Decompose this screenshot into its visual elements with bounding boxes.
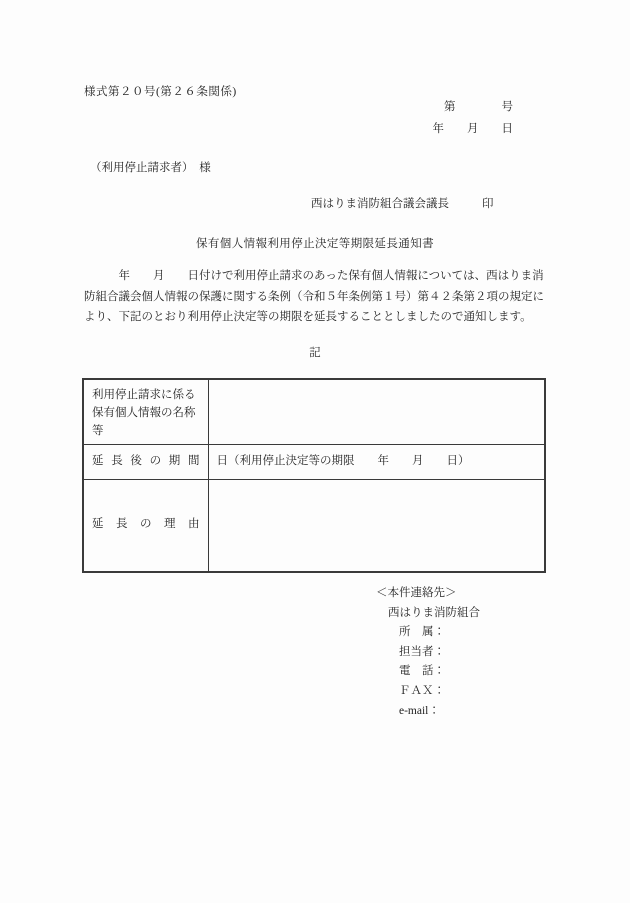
document-number-block: 第 号 年 月 日 (433, 96, 514, 140)
row-header-extended-period: 延長後の期間 (83, 445, 208, 480)
document-number-line: 第 号 (433, 96, 514, 118)
seal-mark: 印 (482, 196, 494, 214)
body-line: 年 月 日付けで利用停止請求のあった保有個人情報については、西はりま消 (84, 266, 556, 287)
contact-field-email: e-mail： (376, 702, 480, 722)
row-header-extension-reason: 延長の理由 (83, 480, 208, 572)
body-line: 防組合議会個人情報の保護に関する条例（令和５年条例第１号）第４２条第２項の規定に (84, 287, 556, 308)
contact-field-department: 所 属： (376, 623, 480, 643)
table-row-information-name: 利用停止請求に係る保有個人情報の名称等 (83, 379, 545, 445)
contact-heading: ＜本件連絡先＞ (376, 584, 480, 604)
document-date-line: 年 月 日 (433, 118, 514, 140)
contact-field-phone: 電 話： (376, 662, 480, 682)
body-paragraph: 年 月 日付けで利用停止請求のあった保有個人情報については、西はりま消 防組合議… (84, 266, 556, 328)
ki-separator: 記 (0, 345, 630, 363)
document-title: 保有個人情報利用停止決定等期限延長通知書 (0, 236, 630, 254)
contact-field-person: 担当者： (376, 643, 480, 663)
issuer-line: 西はりま消防組合議会議長 印 (311, 196, 494, 214)
contact-organization: 西はりま消防組合 (376, 604, 480, 624)
issuer-name: 西はりま消防組合議会議長 (311, 196, 449, 214)
form-number: 様式第２０号(第２６条関係) (84, 84, 237, 102)
recipient-line: （利用停止請求者） 様 (90, 160, 211, 178)
cell-information-name-value (208, 379, 545, 445)
table-row-extension-reason: 延長の理由 (83, 480, 545, 572)
cell-extended-period-value: 日（利用停止決定等の期限 年 月 日） (208, 445, 545, 480)
document-page: 様式第２０号(第２６条関係) 第 号 年 月 日 （利用停止請求者） 様 西はり… (0, 0, 630, 903)
cell-extension-reason-value (208, 480, 545, 572)
body-line: より、下記のとおり利用停止決定等の期限を延長することとしましたので通知します。 (84, 307, 556, 328)
contact-field-fax: ＦＡＸ： (376, 682, 480, 702)
contact-block: ＜本件連絡先＞ 西はりま消防組合 所 属： 担当者： 電 話： ＦＡＸ： e-m… (376, 584, 480, 721)
notification-table: 利用停止請求に係る保有個人情報の名称等 延長後の期間 日（利用停止決定等の期限 … (82, 378, 546, 573)
table-row-extended-period: 延長後の期間 日（利用停止決定等の期限 年 月 日） (83, 445, 545, 480)
row-header-information-name: 利用停止請求に係る保有個人情報の名称等 (83, 379, 208, 445)
